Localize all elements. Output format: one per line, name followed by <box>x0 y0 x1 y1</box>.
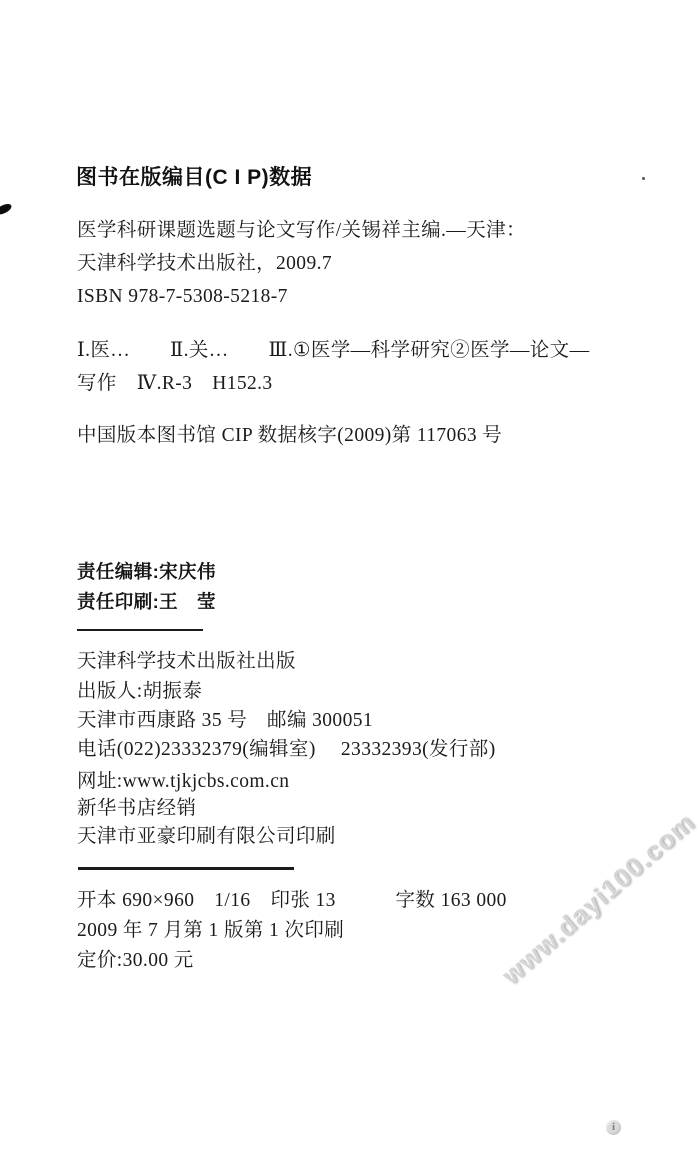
publisher-person: 出版人:胡振泰 <box>77 681 202 703</box>
scan-speck <box>642 177 645 180</box>
divider-line-1 <box>77 629 203 631</box>
responsible-editor: 责任编辑:宋庆伟 <box>77 561 216 582</box>
info-icon-glyph: i <box>612 1122 615 1133</box>
cip-heading: 图书在版编目(C I P)数据 <box>76 165 312 190</box>
scanned-copyright-page: 图书在版编目(C I P)数据 医学科研课题选题与论文写作/关锡祥主编.—天津：… <box>0 0 699 1157</box>
publisher-phone: 电话(022)23332379(编辑室) 23332393(发行部) <box>77 739 496 761</box>
edition-impression-line: 2009 年 7 月第 1 版第 1 次印刷 <box>77 920 344 942</box>
responsible-printer: 责任印刷:王 莹 <box>77 591 216 612</box>
ink-smudge <box>0 202 13 217</box>
classification-line-1: Ⅰ.医… Ⅱ.关… Ⅲ.①医学—科学研究②医学—论文— <box>77 340 589 362</box>
price-line: 定价:30.00 元 <box>77 950 194 972</box>
cip-publisher-line: 天津科学技术出版社，2009.7 <box>77 253 332 275</box>
classification-line-2: 写作 Ⅳ.R-3 H152.3 <box>77 373 273 395</box>
distributor-line: 新华书店经销 <box>77 798 196 820</box>
cip-record-number: 中国版本图书馆 CIP 数据核字(2009)第 117063 号 <box>77 425 502 447</box>
publisher-website: 网址:www.tjkjcbs.com.cn <box>77 771 289 793</box>
format-sheets-wordcount-line: 开本 690×960 1/16 印张 13 字数 163 000 <box>77 890 507 912</box>
publisher-address: 天津市西康路 35 号 邮编 300051 <box>77 710 373 732</box>
printing-company-line: 天津市亚豪印刷有限公司印刷 <box>77 826 336 848</box>
isbn-line: ISBN 978-7-5308-5218-7 <box>77 286 288 308</box>
watermark-text: www.dayi100.com <box>496 807 699 991</box>
divider-line-2 <box>78 867 294 870</box>
cip-title-statement: 医学科研课题选题与论文写作/关锡祥主编.—天津： <box>77 220 526 242</box>
info-icon: i <box>606 1120 621 1135</box>
publisher-imprint: 天津科学技术出版社出版 <box>77 651 296 673</box>
